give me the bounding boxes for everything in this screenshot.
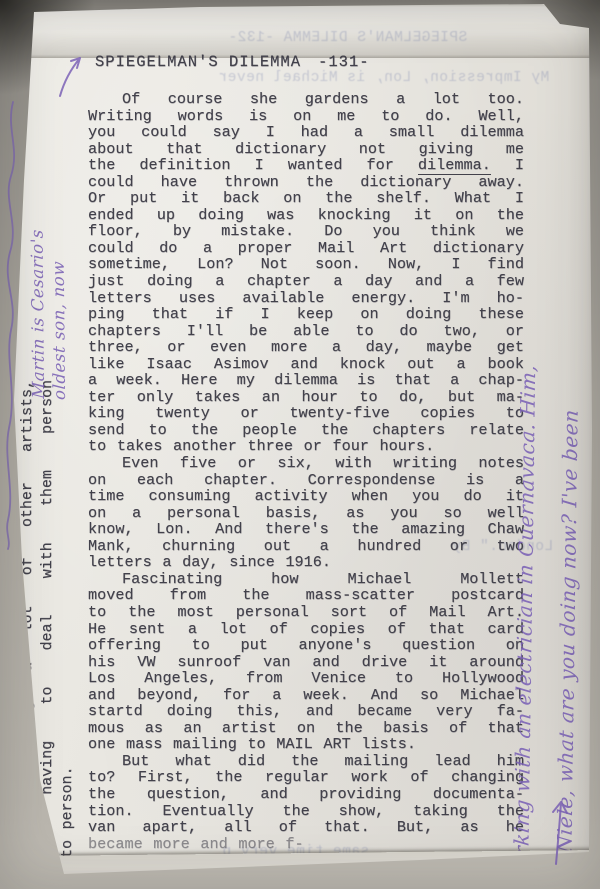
typed-line: on each chapter. Correspondense is a — [88, 472, 524, 489]
typed-line: his VW sunroof van and drive it around — [88, 654, 524, 671]
typed-line: ter only takes an hour to do, but ma- — [88, 389, 524, 406]
typed-line: you could say I had a small dilemma — [88, 124, 524, 141]
photo-background: SPIEGELMAN'S DILEMMA -132-My Impression,… — [0, 0, 600, 889]
typed-line: about that dictionary not giving me — [88, 141, 524, 158]
typed-line: Mank, churning out a hundred or two — [88, 538, 524, 555]
left-edge-squiggle-icon — [7, 102, 14, 549]
handwritten-line: Martin is Cesario's — [25, 98, 49, 399]
typed-line: to person. — [58, 380, 78, 858]
typed-line: three, or even more a day, maybe get — [88, 339, 524, 356]
typed-line: like Isaac Asimov and knock out a book — [88, 356, 524, 373]
typed-line: the definition I wanted for dilemma. I — [88, 157, 524, 174]
page-number: -131- — [318, 53, 370, 71]
right-margin-handwritten-note: working with an electrician in Cuernavac… — [500, 92, 597, 889]
typed-line: artist, meeting a lot of other artists, — [18, 380, 38, 858]
typed-line: mous as an artist on the basis of that — [88, 720, 524, 737]
typed-line: Fascinating how Michael Mollett — [88, 571, 524, 588]
typed-line: moved from the mass-scatter postcard — [88, 587, 524, 604]
typed-line: and beyond, for a week. And so Michael — [88, 687, 524, 704]
left-margin-typed-text: artist, meeting a lot of other artists,a… — [18, 380, 78, 858]
typed-line: to? First, the regular work of changing — [88, 769, 524, 786]
typed-line: and having to deal with them person — [38, 380, 58, 858]
left-margin-handwritten-note: Martin is Cesario'soldest son, now — [25, 98, 70, 401]
typed-line: could have thrown the dictionary away. — [88, 174, 524, 191]
typed-line: floor, by mistake. Do you think we — [88, 223, 524, 240]
typed-line: ping that if I keep on doing these — [88, 306, 524, 323]
typed-line: one mass mailing to MAIL ART lists. — [88, 736, 524, 753]
typed-line: king twenty or twenty-five copies to — [88, 405, 524, 422]
typed-line: letters uses available energy. I'm ho- — [88, 290, 524, 307]
typed-line: Even five or six, with writing notes — [88, 455, 524, 472]
typed-line: could do a proper Mail Art dictionary — [88, 240, 524, 257]
page-header: SPIEGELMAN'S DILEMMA-131- — [95, 53, 370, 71]
typed-line: to the most personal sort of Mail Art. — [88, 604, 524, 621]
typed-line: the question, and providing documenta- — [88, 786, 524, 803]
typed-line: offering to put anyone's question on — [88, 637, 524, 654]
typed-body-text: Of course she gardens a lot too.Writing … — [88, 91, 524, 852]
typed-line: letters a day, since 1916. — [88, 554, 524, 571]
typed-line: on a personal basis, as you so well — [88, 505, 524, 522]
typed-line: Of course she gardens a lot too. — [88, 91, 524, 108]
bleedthrough-text: My Impression, Lon, is Michael never — [218, 70, 549, 86]
bottom-fold-crease — [34, 850, 597, 889]
document-page: SPIEGELMAN'S DILEMMA -132-My Impression,… — [0, 0, 600, 889]
typed-line: Los Angeles, from Venice to Hollywood — [88, 670, 524, 687]
typed-line: But what did the mailing lead him — [88, 753, 524, 770]
typed-line: Or put it back on the shelf. What I — [88, 190, 524, 207]
typed-line: Writing words is on me to do. Well, — [88, 108, 524, 125]
typed-line: a week. Here my dilemma is that a chap- — [88, 372, 524, 389]
typed-line: became more and more f- — [88, 836, 524, 853]
typed-line: send to the people the chapters relate — [88, 422, 524, 439]
typed-line: know, Lon. And there's the amazing Chaw — [88, 521, 524, 538]
typed-line: to takes another three or four hours. — [88, 438, 524, 455]
page-title: SPIEGELMAN'S DILEMMA — [95, 53, 301, 71]
typed-line: startd doing this, and became very fa- — [88, 703, 524, 720]
typed-line: ended up doing was knocking it on the — [88, 207, 524, 224]
typed-line: just doing a chapter a day and a few — [88, 273, 524, 290]
typed-line: time consuming activity when you do it — [88, 488, 524, 505]
typed-line: van apart, all of that. But, as he — [88, 819, 524, 836]
bleedthrough-text: SPIEGELMAN'S DILEMMA -132- — [228, 30, 467, 46]
top-fold-crease — [0, 0, 600, 58]
typed-line: He sent a lot of copies of that card — [88, 621, 524, 638]
handwritten-line: oldest son, now — [46, 99, 70, 400]
typed-line: sometime, Lon? Not soon. Now, I find — [88, 256, 524, 273]
typed-line: chapters I'll be able to do two, or — [88, 323, 524, 340]
typed-line: tion. Eventually the show, taking the — [88, 803, 524, 820]
